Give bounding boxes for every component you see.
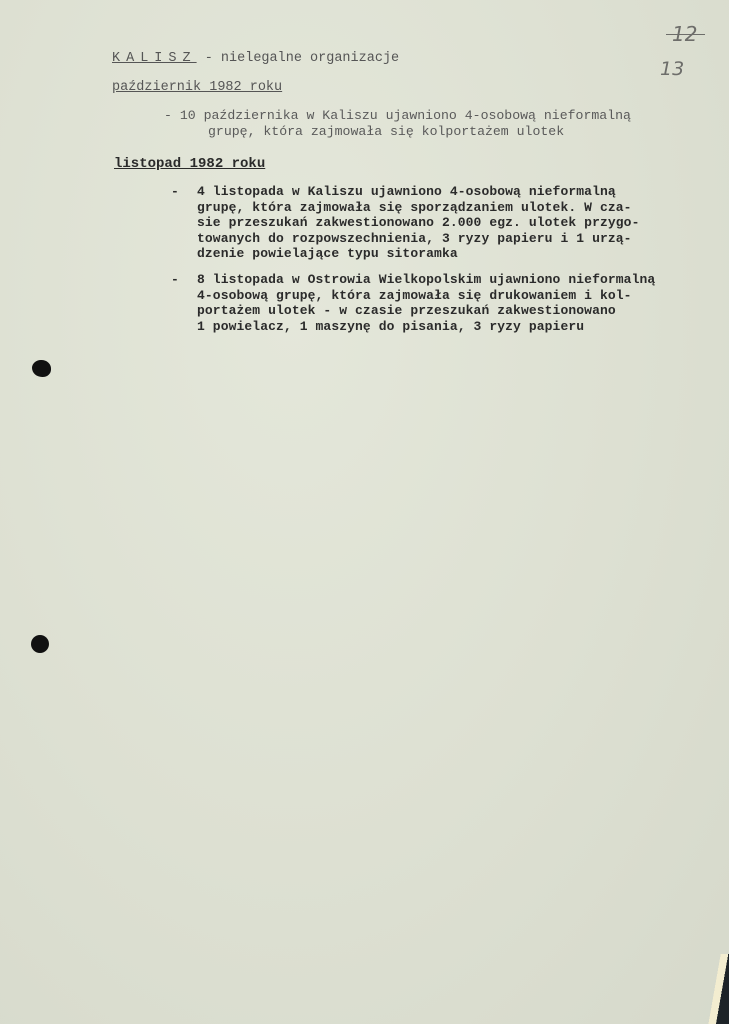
punch-hole bbox=[31, 635, 49, 653]
entry-dash: - bbox=[171, 272, 179, 288]
handwritten-crossed-number: 12 bbox=[672, 22, 697, 46]
handwritten-page-number: 13 bbox=[660, 58, 684, 80]
entry-november-8: - 8 listopada w Ostrowia Wielkopolskim u… bbox=[197, 272, 655, 334]
entry-line: grupę, która zajmowała się sporządzaniem… bbox=[197, 200, 639, 216]
title-city: KALISZ bbox=[112, 51, 197, 66]
entry-line: grupę, która zajmowała się kolportażem u… bbox=[164, 124, 631, 140]
entry-dash: - bbox=[164, 108, 172, 123]
entry-line: sie przeszukań zakwestionowano 2.000 egz… bbox=[197, 215, 639, 231]
section-heading-october: październik 1982 roku bbox=[112, 80, 282, 95]
document-page: 12 13 KALISZ - nielegalne organizacje pa… bbox=[0, 0, 729, 1024]
entry-line: 8 listopada w Ostrowia Wielkopolskim uja… bbox=[197, 272, 655, 288]
section-heading-november: listopad 1982 roku bbox=[114, 156, 265, 172]
entry-line: portażem ulotek - w czasie przeszukań za… bbox=[197, 303, 655, 319]
entry-november-4: - 4 listopada w Kaliszu ujawniono 4-osob… bbox=[197, 184, 639, 262]
document-title: KALISZ - nielegalne organizacje bbox=[112, 51, 399, 66]
entry-line: dzenie powielające typu sitoramka bbox=[197, 246, 639, 262]
entry-october-10: - 10 października w Kaliszu ujawniono 4-… bbox=[164, 108, 631, 140]
entry-line: 10 października w Kaliszu ujawniono 4-os… bbox=[180, 108, 631, 123]
page-corner-curl bbox=[707, 954, 729, 1024]
entry-line: 4 listopada w Kaliszu ujawniono 4-osobow… bbox=[197, 184, 639, 200]
title-subtitle: - nielegalne organizacje bbox=[197, 51, 400, 66]
entry-line: 1 powielacz, 1 maszynę do pisania, 3 ryz… bbox=[197, 319, 655, 335]
entry-line: 4-osobową grupę, która zajmowała się dru… bbox=[197, 288, 655, 304]
entry-dash: - bbox=[171, 184, 179, 200]
punch-hole bbox=[32, 360, 51, 377]
entry-line: towanych do rozpowszechnienia, 3 ryzy pa… bbox=[197, 231, 639, 247]
